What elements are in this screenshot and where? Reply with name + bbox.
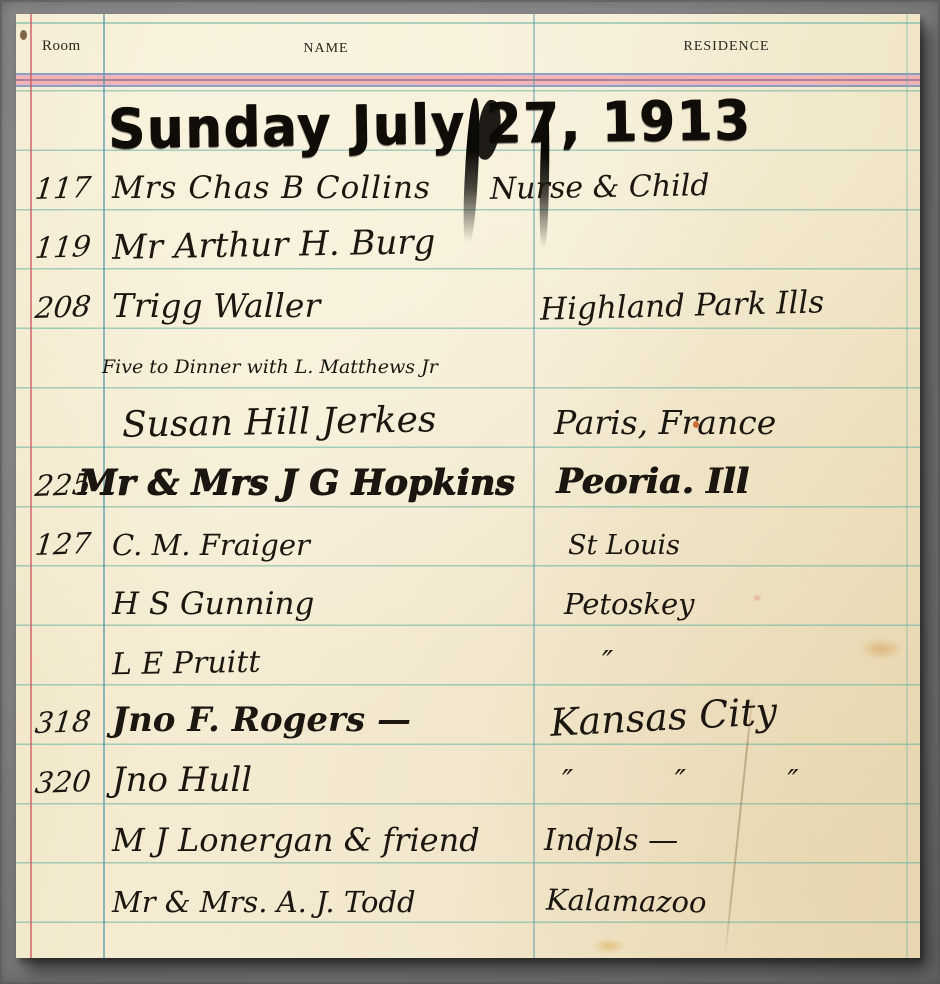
guest-name: Trigg Waller (112, 286, 320, 325)
room-number: 127 (22, 526, 104, 563)
room-number (24, 620, 102, 623)
register-row: 127 C. M. Fraiger St Louis (16, 508, 920, 564)
register-row: L E Pruitt ″ (16, 627, 920, 683)
room-number (24, 441, 102, 444)
register-page: Room NAME RESIDENCE Sunday July 27, 1913… (16, 14, 920, 958)
room-number: 119 (22, 229, 104, 266)
register-row: Mr & Mrs. A. J. Todd Kalamazoo (16, 865, 920, 921)
stain (858, 638, 904, 660)
guest-name: Mrs Chas B Collins (112, 170, 431, 206)
register-row: 117 Mrs Chas B Collins Nurse & Child (16, 152, 920, 208)
guest-name: Jno F. Rogers — (112, 700, 411, 740)
register-row: 119 Mr Arthur H. Burg (16, 211, 920, 267)
guest-name: Mr & Mrs J G Hopkins (78, 462, 515, 503)
register-rows: 117 Mrs Chas B Collins Nurse & Child 119… (16, 14, 920, 958)
screenshot-root: { "header": { "room_label": "Room", "nam… (0, 0, 940, 984)
register-row: 320 Jno Hull ″ ″ ″ (16, 746, 920, 802)
guest-residence: Petoskey (564, 587, 695, 621)
register-row: Susan Hill Jerkes Paris, France (16, 389, 920, 445)
room-number (24, 679, 102, 682)
guest-residence: Nurse & Child (490, 168, 710, 207)
register-row: M J Lonergan & friend Indpls — (16, 805, 920, 861)
stain (752, 594, 762, 602)
register-page-surface: Room NAME RESIDENCE Sunday July 27, 1913… (16, 14, 920, 958)
register-row: 225 Mr & Mrs J G Hopkins Peoria. Ill (16, 449, 920, 505)
guest-residence: Kalamazoo (546, 883, 707, 920)
ink-speck (20, 30, 27, 40)
stain (693, 421, 699, 428)
room-number (24, 382, 102, 385)
room-number: 117 (22, 170, 104, 207)
register-row: 208 Trigg Waller Highland Park Ills (16, 271, 920, 327)
guest-residence: Kansas City (549, 689, 778, 745)
guest-residence: ″ (602, 645, 613, 680)
register-row: Five to Dinner with L. Matthews Jr (16, 330, 920, 386)
room-number (24, 917, 102, 920)
guest-name: Jno Hull (112, 760, 252, 800)
guest-name: C. M. Fraiger (112, 528, 310, 562)
guest-residence: St Louis (568, 530, 680, 561)
guest-name: H S Gunning (112, 586, 314, 622)
guest-residence: Peoria. Ill (556, 461, 749, 502)
register-row: 318 Jno F. Rogers — Kansas City (16, 686, 920, 742)
register-row: H S Gunning Petoskey (16, 568, 920, 624)
stain (592, 938, 626, 954)
guest-name: L E Pruitt (112, 645, 261, 683)
guest-residence: Highland Park Ills (540, 284, 825, 327)
guest-name: Mr & Mrs. A. J. Todd (112, 885, 416, 919)
guest-residence: Paris, France (554, 403, 776, 442)
guest-residence: Indpls — (544, 823, 678, 858)
guest-name: Susan Hill Jerkes (122, 399, 437, 445)
guest-name: Mr Arthur H. Burg (112, 222, 436, 268)
room-number (24, 857, 102, 860)
scanner-background-frame: Room NAME RESIDENCE Sunday July 27, 1913… (0, 0, 940, 984)
room-number: 208 (22, 289, 104, 326)
guest-name: M J Lonergan & friend (112, 821, 480, 859)
room-number: 320 (22, 764, 104, 801)
guest-name: Five to Dinner with L. Matthews Jr (102, 356, 438, 378)
room-number: 318 (22, 704, 104, 741)
guest-residence: ″ ″ ″ (562, 764, 799, 799)
